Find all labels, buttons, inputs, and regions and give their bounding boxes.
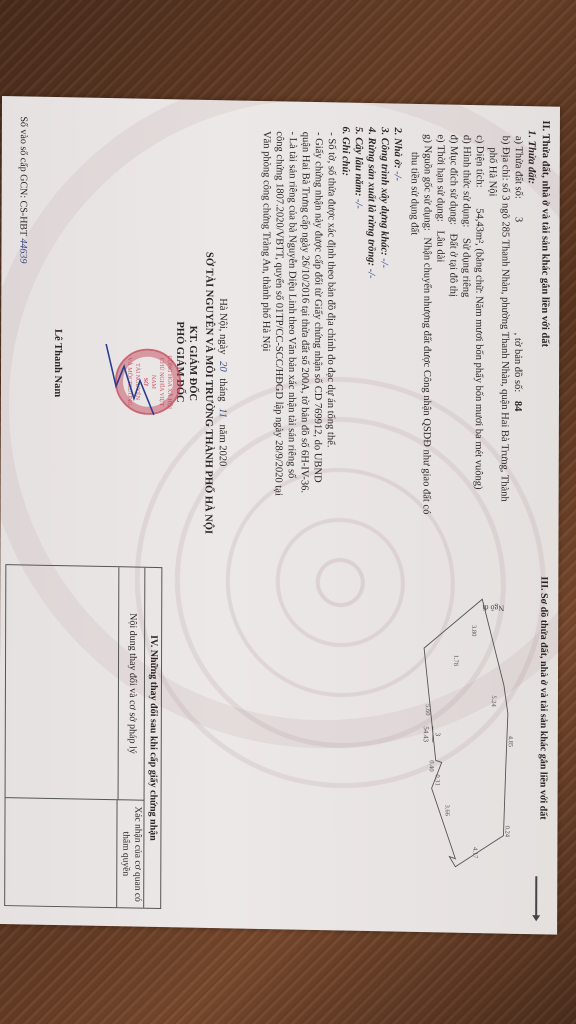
usage-origin-2: thu tiền sử dụng đất: [408, 152, 421, 236]
issue-date: Hà Nội, ngày 20 tháng 11 năm 2020: [216, 298, 230, 466]
signer-name: Lê Thanh Nam: [51, 329, 64, 397]
usage-form-row: d) Hình thức sử dụng: Sử dụng riêng: [459, 135, 473, 298]
edge-length-label: 4.17: [471, 847, 478, 859]
edge-length-label: 0.24: [503, 826, 510, 838]
changes-table-body: [6, 565, 119, 800]
parcel-diagram: Ngõ đi 3 54.43 4.850.244.173.660.310.405…: [343, 583, 534, 887]
usage-origin-row: g) Nguồn gốc sử dụng: Nhận chuyển nhượng…: [420, 134, 434, 514]
address-row: b) Địa chỉ: số 3 ngõ 285 Thanh Nhàn, phư…: [498, 136, 512, 502]
section-iii-title: III. Sơ đồ thửa đất, nhà ở và tài sản kh…: [537, 576, 551, 819]
note-line: Văn phòng công chứng Tràng An, thành phố…: [259, 131, 273, 352]
other-works-row: 3. Công trình xây dựng khác: -/-: [377, 127, 390, 268]
house-row: 2. Nhà ở: -/-: [391, 127, 404, 181]
note-line: - Là tài sản riêng của bà Nguyễn Diệu Li…: [285, 131, 299, 478]
area-row: c) Diện tích: 54,43m², (bằng chữ: Năm mư…: [472, 135, 486, 490]
certificate-page: II. Thửa đất, nhà ở và tài sản khác gắn …: [0, 96, 560, 935]
note-line: - Giấy chứng nhận này được cấp đổi từ Gi…: [311, 132, 325, 483]
parcel-number: 3: [512, 201, 525, 237]
section-iv-title: IV. Những thay đổi sau khi cấp giấy chứn…: [143, 568, 161, 908]
parcel-number-label: 3: [434, 733, 442, 737]
certificate-sheet: II. Thửa đất, nhà ở và tài sản khác gắn …: [0, 96, 560, 935]
issue-month: 11: [217, 408, 228, 418]
map-sheet-number: 84: [512, 401, 523, 412]
edge-length-label: 3.66: [444, 804, 451, 816]
parcel-area-label: 54.43: [422, 726, 430, 742]
edge-length-label: 5.60: [424, 704, 431, 716]
edge-length-label: 5.24: [490, 695, 497, 707]
changes-col-confirmation: Xác nhận của cơ quan có thẩm quyền: [116, 800, 144, 908]
usage-term-row: e) Thời hạn sử dụng: Lâu dài: [433, 134, 446, 262]
usage-purpose-row: đ) Mục đích sử dụng: Đất ở tại đô thị: [446, 135, 460, 297]
edge-length-label: 0.40: [428, 760, 435, 772]
land-heading: 1. Thửa đất:: [525, 130, 538, 184]
registry-number: Số vào sổ cấp GCN: CS-HBT 44639: [16, 116, 30, 263]
road-label: Ngõ đi: [481, 603, 504, 612]
section-ii-title: II. Thửa đất, nhà ở và tài sản khác gắn …: [538, 120, 552, 347]
address-value-2: phố Hà Nội: [486, 147, 499, 196]
notes-list: - Số tờ, số thửa được xác định theo bản …: [557, 107, 560, 935]
registry-handwritten-number: 44639: [17, 238, 28, 263]
edge-length-label: 0.31: [434, 774, 441, 786]
note-line: - Số tờ, số thửa được xác định theo bản …: [324, 132, 338, 447]
note-line: công chứng 1807.2020/VBTT, quyển số 01TP…: [272, 131, 286, 496]
note-line: quận Hai Bà Trưng cấp ngày 26/10/2016 tạ…: [298, 132, 312, 493]
notes-heading: 6. Ghi chú:: [339, 126, 352, 176]
edge-length-label: 4.85: [507, 736, 514, 748]
issue-day: 20: [217, 361, 228, 372]
changes-col-content: Nội dung thay đổi và cơ sở pháp lý: [118, 567, 146, 801]
parcel-number-row: a) Thửa đất số: 3 , tờ bản đồ số: 84: [511, 136, 525, 412]
changes-table: IV. Những thay đổi sau khi cấp giấy chứn…: [4, 564, 162, 909]
address-value: số 3 ngõ 285 Thanh Nhàn, phường Thanh Nh…: [499, 183, 511, 502]
handwritten-signature: [94, 336, 164, 427]
edge-length-label: 3.80: [470, 625, 477, 637]
perennial-row: 5. Cây lâu năm: -/-: [352, 127, 365, 209]
area-value: 54,43m², (bằng chữ: Năm mươi bốn phẩy bố…: [473, 208, 485, 489]
kt-director: KT. GIÁM ĐỐC: [186, 326, 199, 402]
north-arrow-icon: [535, 876, 537, 916]
edge-length-label: 1.78: [452, 655, 459, 667]
forest-row: 4. Rừng sản xuất là rừng trồng: -/-: [364, 127, 378, 279]
issuing-agency: SỞ TÀI NGUYÊN VÀ MÔI TRƯỜNG THÀNH PHỐ HÀ…: [201, 252, 215, 534]
